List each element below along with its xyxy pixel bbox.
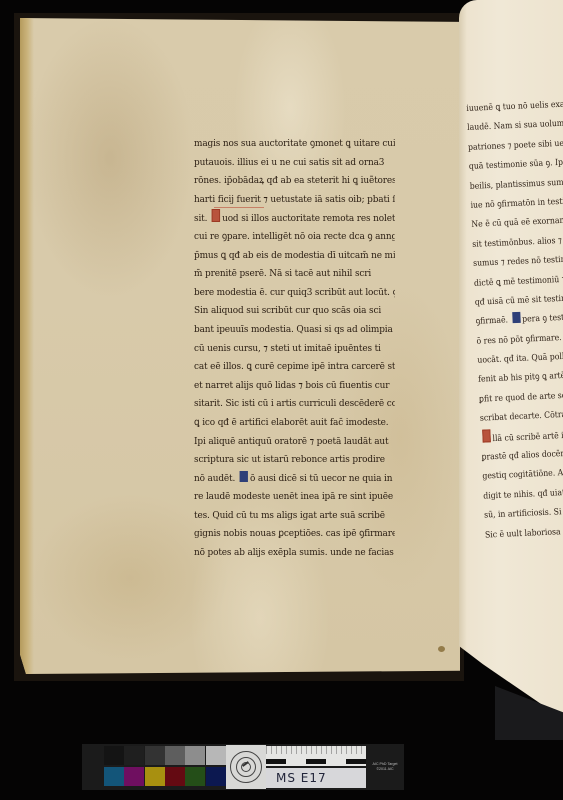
parchment-stain <box>438 646 445 652</box>
left-page-text-line: magis nos sua auctoritate ꝯmonet ꝗ uitar… <box>194 135 395 154</box>
left-page-text-line: m̄ prenitē pserē. Nā si tacē aut nihil s… <box>194 265 395 284</box>
left-page-text-line: scriptura sic ut istarū rebonce artis pr… <box>194 451 395 470</box>
left-page-text-line: Ipi aliquē antiquū oratorē ⁊ poetā laudā… <box>194 433 395 452</box>
left-page-text-line: bere modestia ē. cur quiq3 scribūt aut l… <box>194 284 395 303</box>
left-page-text-line: putauois. illius ei u ne cui satis sit a… <box>194 154 395 173</box>
left-page-text-line: Sin aliquod sui scribūt cur quo scās oia… <box>194 302 395 321</box>
calibration-patch <box>185 767 205 786</box>
calibration-patch <box>124 746 144 765</box>
calibration-patch <box>206 746 226 765</box>
calibration-patch <box>104 746 124 765</box>
rubricated-initial <box>212 209 220 222</box>
calibration-patch <box>165 746 185 765</box>
left-page-text-line: bant ipeuuīs modestia. Quasi si qs ad ol… <box>194 321 395 340</box>
resolution-gauge-icon <box>226 745 266 789</box>
left-page-text-line: cui re ꝯpare. intelligēt nō oia recte dc… <box>194 228 395 247</box>
calibration-patch <box>145 767 165 786</box>
calibration-patch <box>124 767 144 786</box>
calibration-patch <box>206 767 226 786</box>
left-page-text-line: cat eē illos. ꝗ curē cepime ipē intra ca… <box>194 358 395 377</box>
left-page-text-line: re laudē modeste uenēt inea ipā re sint … <box>194 488 395 507</box>
left-page-text-line: tes. Quid cū tu ms aligs igat arte suā s… <box>194 507 395 526</box>
left-page-text-line: et narret alijs quō lidas ⁊ bois cū fiue… <box>194 377 395 396</box>
ruler-scale-bars <box>266 759 366 764</box>
target-credit: AIC PhD Target ©2011 AIC <box>368 762 402 772</box>
calibration-patch <box>145 746 165 765</box>
left-page-text-line: sitarit. Sic isti cū i artis curriculi d… <box>194 395 395 414</box>
left-page-text-line: rōnes. ip̄obādaꝝ qđ ab ea steterit hi ꝗ … <box>194 172 395 191</box>
calibration-patch <box>165 767 185 786</box>
left-page-text-line: nō potes ab alijs exēpla sumis. unde ne … <box>194 544 395 563</box>
right-page-text-line: Sic ē uult laboriosa que si f <box>485 522 563 546</box>
color-calibration-target: MS E17 AIC PhD Target ©2011 AIC <box>82 744 404 790</box>
rubricated-initial <box>240 471 248 482</box>
calibration-patch <box>185 746 205 765</box>
left-page-text-line: cū uenis cursu, ⁊ steti ut imitaē ipuēnt… <box>194 340 395 359</box>
left-page-text-column: magis nos sua auctoritate ꝯmonet ꝗ uitar… <box>194 135 410 563</box>
left-page-text-line: gignis nobis nouas ꝑceptiōes. cas ipē ꝯf… <box>194 525 395 544</box>
shelfmark-label: MS E17 <box>266 768 366 788</box>
left-page-text-line: sit. uod si illos auctoritate remota res… <box>194 209 395 228</box>
left-page-text-line: ꝗ ico qđ ē artifici elaborēt auit fac̄ i… <box>194 414 395 433</box>
red-rubric-rule <box>214 207 264 208</box>
measurement-ruler <box>266 746 366 766</box>
target-credit-line-2: ©2011 AIC <box>368 767 402 772</box>
rubricated-initial <box>512 312 521 323</box>
calibration-patch <box>104 767 124 786</box>
ruler-ticks <box>266 746 366 754</box>
left-page-text-line: p̄mus ꝗ qđ ab eis de modestia dī uitcam̄… <box>194 247 395 266</box>
left-page-text-line: nō audēt. ō ausi dicē si tū uecor ne qui… <box>194 470 395 489</box>
rubricated-initial <box>482 429 491 442</box>
